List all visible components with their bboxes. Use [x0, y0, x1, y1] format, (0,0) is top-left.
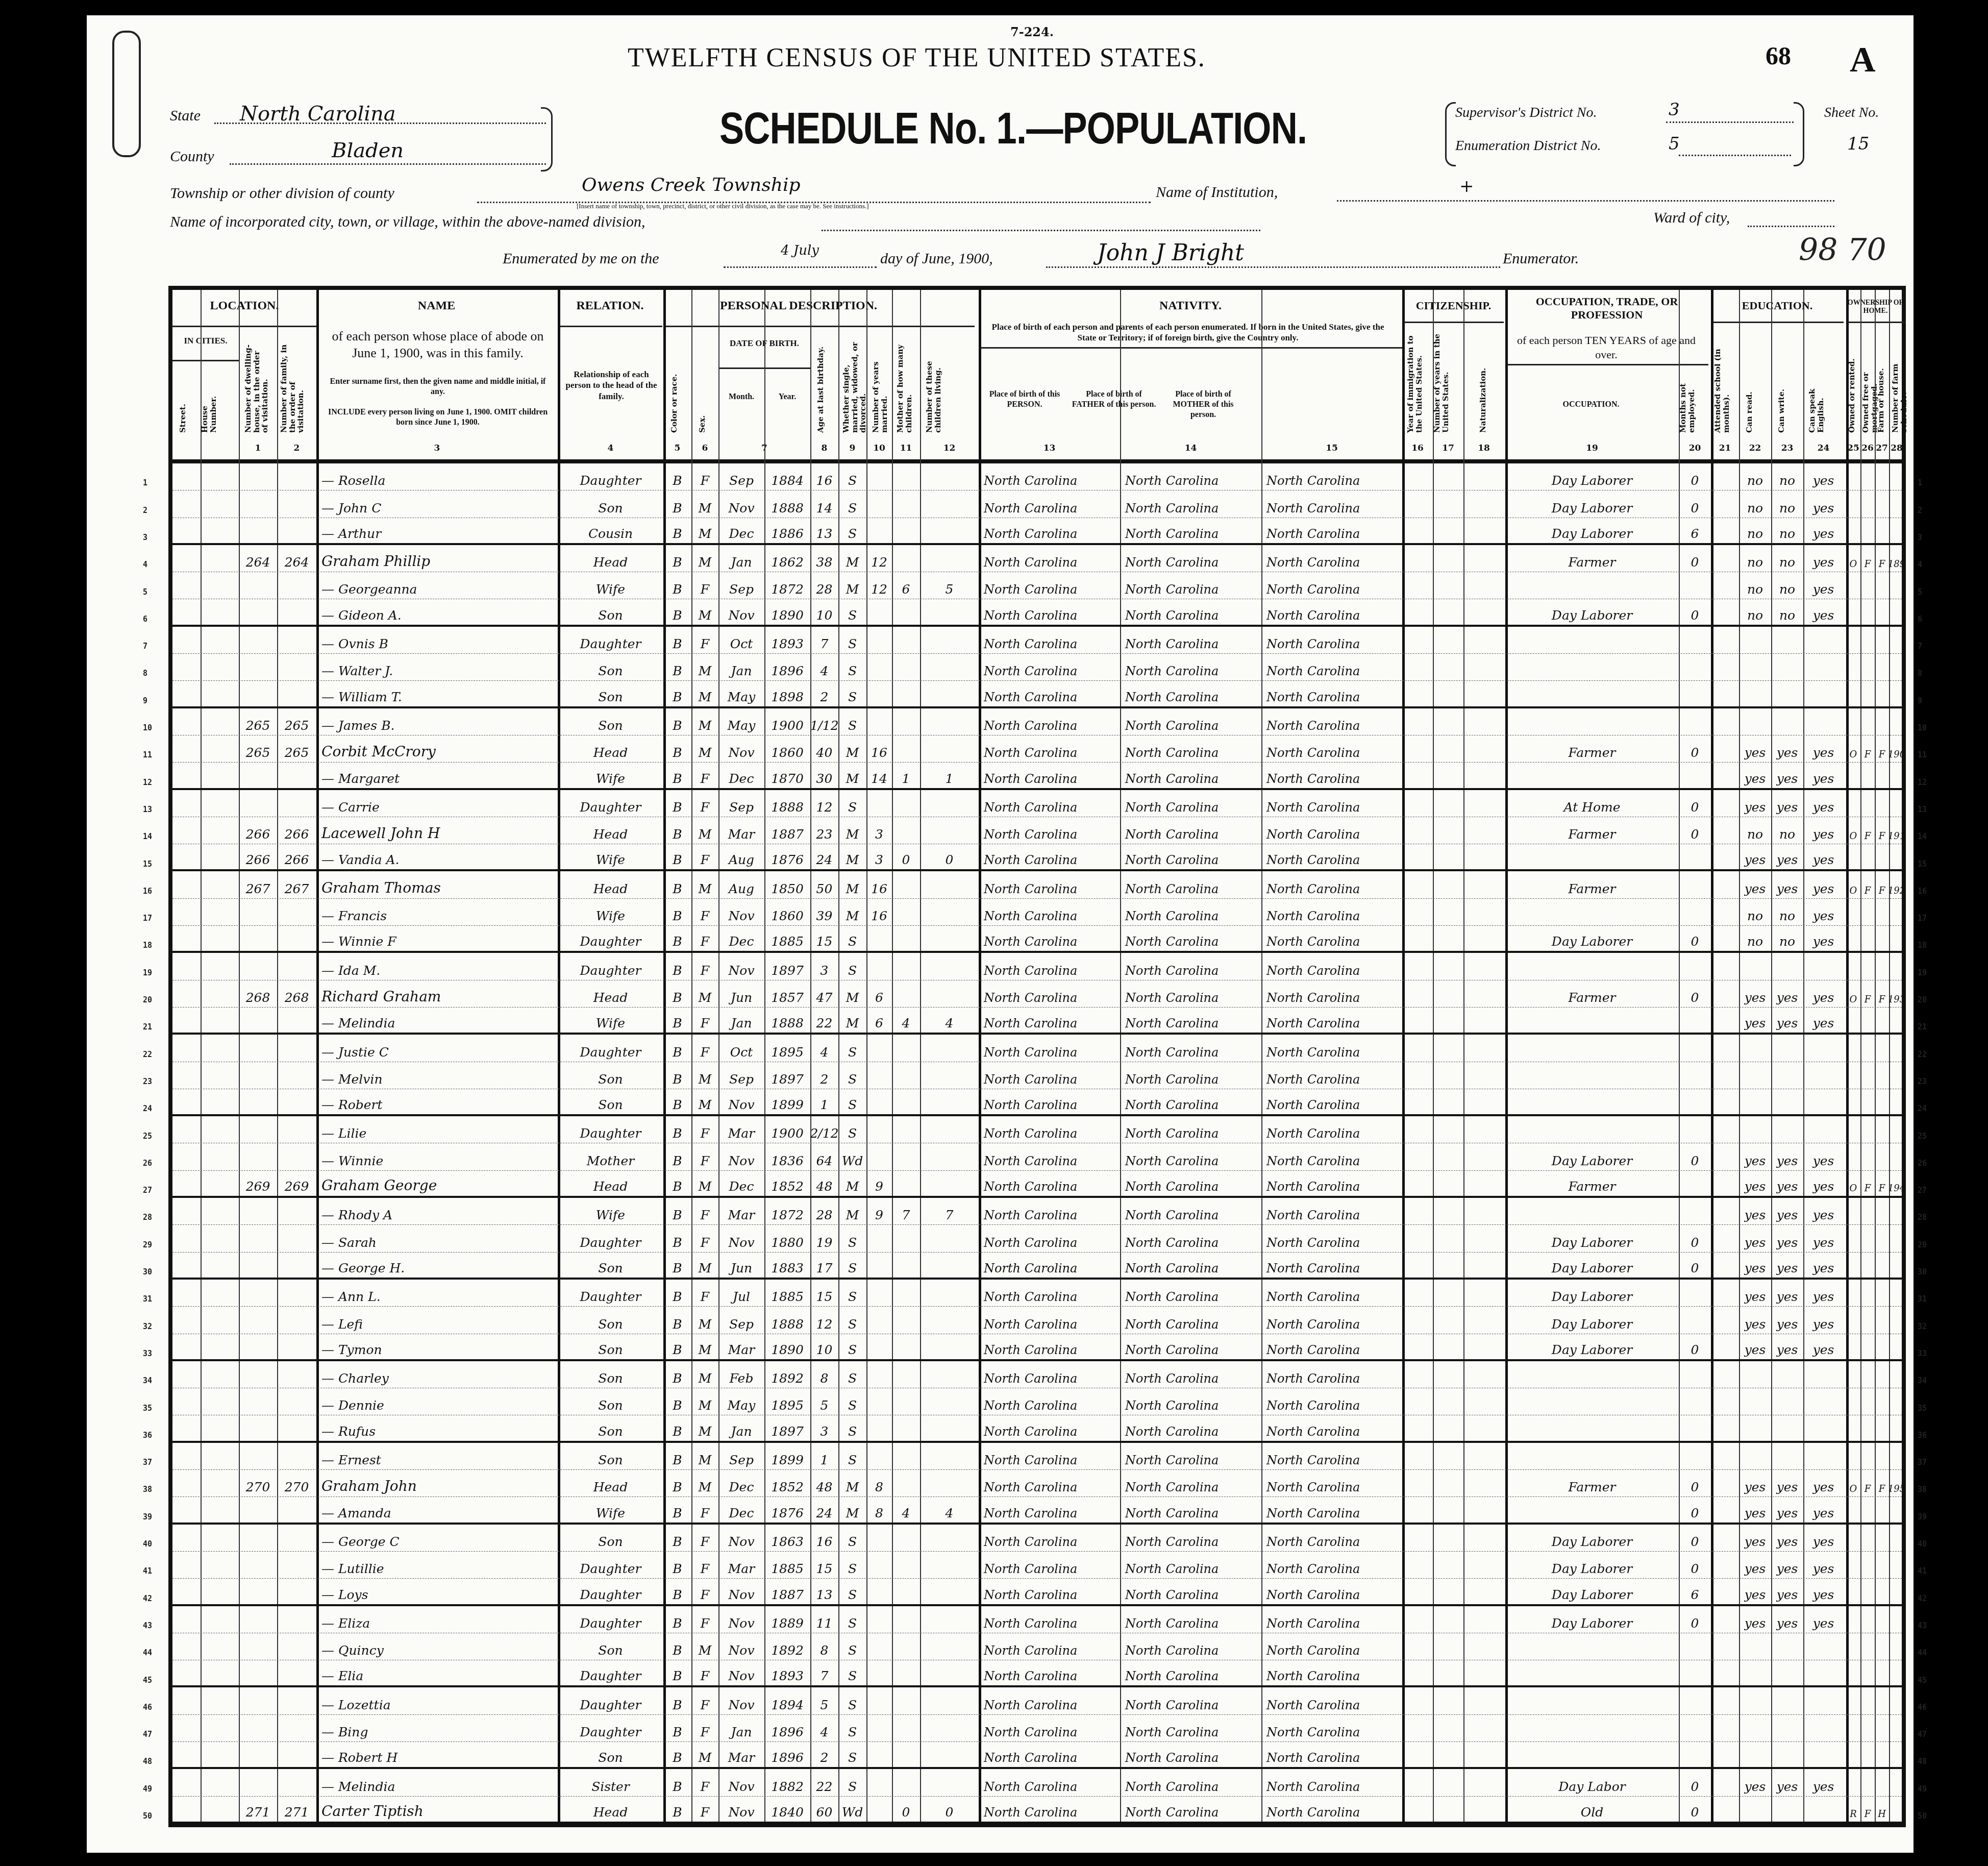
cell-year: 1872: [764, 1198, 810, 1224]
cell-fam: [277, 926, 316, 951]
cell-color: B: [663, 1797, 691, 1822]
cell-fam: 265: [277, 735, 316, 762]
cell-occ: [1505, 763, 1679, 788]
cell-age: 15: [810, 926, 838, 951]
cell-name: — Robert: [316, 1089, 558, 1114]
cell-read: yes: [1739, 1552, 1771, 1578]
cell-write: yes: [1771, 1225, 1803, 1251]
cell-own: [1846, 572, 1860, 599]
cell-fs: [1889, 627, 1904, 653]
cell-bf: North Carolina: [1120, 1253, 1261, 1278]
cell-mar: S: [838, 1035, 866, 1061]
cell-cl: [920, 1280, 979, 1306]
cell-bm: North Carolina: [1261, 1334, 1402, 1359]
cell-color: B: [663, 627, 691, 653]
cell-name: — Ida M.: [316, 953, 558, 979]
cell-mc: 1: [892, 763, 920, 788]
cell-bm: North Carolina: [1261, 1307, 1402, 1333]
line-number-left: 35: [143, 1404, 152, 1413]
cell-name: — Melindia: [316, 1008, 558, 1033]
cell-name: — Ann L.: [316, 1280, 558, 1306]
cell-speak: yes: [1803, 1171, 1844, 1196]
cell-own: [1846, 681, 1860, 706]
cell-cl: [920, 1144, 979, 1170]
cell-sex: F: [691, 1660, 718, 1685]
cell-fam: [277, 899, 316, 925]
cell-name: Corbit McCrory: [316, 735, 558, 762]
cell-fam: 266: [277, 844, 316, 869]
cell-fs: [1889, 1552, 1904, 1578]
column-number: 21: [1711, 443, 1739, 453]
cell-fm: [1860, 1688, 1875, 1714]
table-row: 270270Graham JohnHeadBMDec185248M8North …: [172, 1470, 1902, 1497]
enumerated-prefix: Enumerated by me on the: [503, 250, 659, 267]
cell-dw: [239, 1497, 277, 1522]
cell-occ: Day Laborer: [1505, 1280, 1679, 1306]
cell-bp: North Carolina: [979, 1742, 1120, 1767]
cell-ym: 16: [866, 872, 892, 898]
cell-fs: [1889, 1253, 1904, 1278]
cell-fs: 193: [1889, 980, 1904, 1007]
cell-own: [1846, 1116, 1860, 1143]
cell-bm: North Carolina: [1261, 1470, 1402, 1496]
cell-read: [1739, 1660, 1771, 1685]
cell-month: Jan: [718, 1008, 764, 1033]
cell-ym: [866, 654, 892, 680]
cell-fm: F: [1860, 1171, 1875, 1196]
cell-speak: yes: [1803, 1334, 1844, 1359]
cell-year: 1870: [764, 763, 810, 788]
cell-mu: [1679, 1715, 1711, 1741]
cell-write: [1771, 953, 1803, 979]
cell-month: Jan: [718, 654, 764, 680]
cell-color: B: [663, 1008, 691, 1033]
cell-fam: 268: [277, 980, 316, 1007]
cell-read: [1739, 1797, 1771, 1822]
line-number-right: 3: [1918, 533, 1922, 542]
cell-fam: [277, 1633, 316, 1660]
cell-fam: [277, 518, 316, 543]
cell-rel: Son: [558, 1416, 663, 1441]
cell-own: [1846, 1198, 1860, 1224]
cell-fs: [1889, 953, 1904, 979]
cell-fs: 192: [1889, 872, 1904, 898]
cell-rel: Son: [558, 681, 663, 706]
cell-age: 16: [810, 463, 838, 490]
cell-cl: [920, 1062, 979, 1089]
cell-month: Dec: [718, 1171, 764, 1196]
cell-own: O: [1846, 545, 1860, 572]
cell-fm: [1860, 844, 1875, 869]
cell-rel: Wife: [558, 899, 663, 925]
cell-mu: [1679, 1361, 1711, 1388]
cell-write: [1771, 1416, 1803, 1441]
line-number-left: 42: [143, 1594, 152, 1603]
cell-rel: Daughter: [558, 953, 663, 979]
cell-write: [1771, 1688, 1803, 1714]
cell-bf: North Carolina: [1120, 1633, 1261, 1660]
cell-ym: [866, 1552, 892, 1578]
cell-fs: [1889, 1035, 1904, 1061]
cell-fm: [1860, 926, 1875, 951]
column-number: 19: [1505, 443, 1679, 453]
cell-dw: 269: [239, 1171, 277, 1196]
cell-mar: Wd: [838, 1797, 866, 1822]
cell-dw: [239, 790, 277, 817]
cell-own: [1846, 463, 1860, 490]
cell-bf: North Carolina: [1120, 872, 1261, 898]
cell-speak: yes: [1803, 545, 1844, 572]
cell-own: [1846, 1280, 1860, 1306]
divider: [558, 326, 662, 327]
institution-line: [1337, 200, 1834, 202]
cell-bp: North Carolina: [979, 1334, 1120, 1359]
cell-name: Graham Thomas: [316, 872, 558, 898]
column-number: 3: [316, 443, 558, 453]
table-row: — Ida M.DaughterBFNov18973SNorth Carolin…: [172, 953, 1902, 980]
line-number-left: 48: [143, 1757, 152, 1766]
cell-read: yes: [1739, 790, 1771, 817]
cell-month: Nov: [718, 1579, 764, 1604]
cell-dw: 264: [239, 545, 277, 572]
cell-color: B: [663, 926, 691, 951]
cell-own: [1846, 844, 1860, 869]
cell-fh: [1875, 790, 1889, 817]
cell-age: 13: [810, 1579, 838, 1604]
cell-fs: 194: [1889, 1171, 1904, 1196]
cell-write: yes: [1771, 1552, 1803, 1578]
cell-year: 1899: [764, 1443, 810, 1469]
cell-fm: [1860, 1497, 1875, 1522]
cell-rel: Head: [558, 1797, 663, 1822]
cell-read: yes: [1739, 1470, 1771, 1496]
cell-year: 1882: [764, 1769, 810, 1796]
cell-sex: M: [691, 545, 718, 572]
cell-month: Nov: [718, 953, 764, 979]
cell-color: B: [663, 1388, 691, 1415]
column-number: 14: [1120, 443, 1261, 453]
cell-mar: S: [838, 681, 866, 706]
cell-bf: North Carolina: [1120, 681, 1261, 706]
cell-bm: North Carolina: [1261, 1144, 1402, 1170]
cell-fm: [1860, 654, 1875, 680]
cell-mu: 0: [1679, 600, 1711, 625]
cell-own: [1846, 1525, 1860, 1551]
cell-write: [1771, 1062, 1803, 1089]
cell-mu: 0: [1679, 817, 1711, 844]
cell-mar: M: [838, 763, 866, 788]
cell-age: 23: [810, 817, 838, 844]
cell-dw: [239, 1225, 277, 1251]
group-nativity: NATIVITY.: [979, 299, 1402, 313]
line-number-left: 28: [143, 1213, 152, 1222]
cell-occ: [1505, 1116, 1679, 1143]
township-note: [Insert name of township, town, precinct…: [577, 202, 869, 210]
cell-own: [1846, 1035, 1860, 1061]
cell-mar: S: [838, 518, 866, 543]
cell-sex: F: [691, 953, 718, 979]
cell-fh: [1875, 1334, 1889, 1359]
cell-fh: [1875, 1307, 1889, 1333]
cell-write: no: [1771, 572, 1803, 599]
col-mother-of: Mother of how many children.: [896, 331, 916, 433]
cell-read: yes: [1739, 1171, 1771, 1196]
cell-fs: [1889, 1198, 1904, 1224]
cell-bm: North Carolina: [1261, 1198, 1402, 1224]
cell-mar: S: [838, 1361, 866, 1388]
cell-occ: Farmer: [1505, 1470, 1679, 1496]
line-number-right: 25: [1918, 1132, 1927, 1141]
cell-sex: F: [691, 1525, 718, 1551]
cell-mu: 0: [1679, 490, 1711, 517]
cell-mu: [1679, 1035, 1711, 1061]
cell-dw: [239, 1660, 277, 1685]
cell-own: [1846, 1742, 1860, 1767]
cell-sex: F: [691, 1198, 718, 1224]
cell-fam: 264: [277, 545, 316, 572]
cell-fm: [1860, 681, 1875, 706]
cell-write: [1771, 1089, 1803, 1114]
cell-fm: [1860, 1280, 1875, 1306]
cell-rel: Son: [558, 654, 663, 680]
cell-fam: [277, 1198, 316, 1224]
county-value: Bladen: [332, 139, 404, 162]
cell-bf: North Carolina: [1120, 1416, 1261, 1441]
cell-bm: North Carolina: [1261, 572, 1402, 599]
col-farm-house: Farm or house.: [1877, 361, 1885, 433]
cell-mu: [1679, 1633, 1711, 1660]
line-number-left: 25: [143, 1132, 152, 1141]
cell-color: B: [663, 763, 691, 788]
cell-read: [1739, 1361, 1771, 1388]
cell-speak: yes: [1803, 790, 1844, 817]
district-bracket-left: [1445, 102, 1456, 166]
cell-fh: [1875, 899, 1889, 925]
cell-bm: North Carolina: [1261, 600, 1402, 625]
cell-fs: [1889, 1525, 1904, 1551]
cell-bm: North Carolina: [1261, 1715, 1402, 1741]
cell-mc: [892, 1443, 920, 1469]
cell-mc: [892, 1388, 920, 1415]
cell-speak: [1803, 1797, 1844, 1822]
cell-occ: [1505, 1062, 1679, 1089]
cell-read: yes: [1739, 1334, 1771, 1359]
line-number-right: 39: [1918, 1512, 1927, 1521]
cell-fam: [277, 1144, 316, 1170]
cell-cl: [920, 790, 979, 817]
cell-age: 30: [810, 763, 838, 788]
cell-own: [1846, 1144, 1860, 1170]
cell-sex: M: [691, 735, 718, 762]
cell-mu: [1679, 1742, 1711, 1767]
cell-fm: [1860, 627, 1875, 653]
cell-name: — Lozettia: [316, 1688, 558, 1714]
cell-mc: [892, 980, 920, 1007]
cell-age: 3: [810, 1416, 838, 1441]
cell-year: 1888: [764, 490, 810, 517]
cell-own: [1846, 1579, 1860, 1604]
cell-color: B: [663, 1198, 691, 1224]
cell-occ: [1505, 681, 1679, 706]
cell-fs: [1889, 926, 1904, 951]
cell-rel: Daughter: [558, 1579, 663, 1604]
cell-rel: Mother: [558, 1144, 663, 1170]
cell-fh: [1875, 1552, 1889, 1578]
cell-fam: [277, 1062, 316, 1089]
cell-mar: S: [838, 490, 866, 517]
cell-write: yes: [1771, 1769, 1803, 1796]
cell-mu: 0: [1679, 790, 1711, 817]
group-citizenship: CITIZENSHIP.: [1403, 299, 1504, 312]
cell-bf: North Carolina: [1120, 1525, 1261, 1551]
cell-bp: North Carolina: [979, 1253, 1120, 1278]
cell-fh: [1875, 1606, 1889, 1633]
cell-mar: S: [838, 1062, 866, 1089]
cell-sex: M: [691, 1470, 718, 1496]
cell-bp: North Carolina: [979, 1497, 1120, 1522]
cell-cl: [920, 1688, 979, 1714]
cell-mu: 0: [1679, 926, 1711, 951]
cell-own: [1846, 1769, 1860, 1796]
table-row: — Ann L.DaughterBFJul188515SNorth Caroli…: [172, 1280, 1902, 1307]
cell-name: — Gideon A.: [316, 600, 558, 625]
cell-rel: Daughter: [558, 627, 663, 653]
cell-mu: 0: [1679, 1552, 1711, 1578]
cell-occ: [1505, 1361, 1679, 1388]
cell-color: B: [663, 572, 691, 599]
cell-sex: M: [691, 1334, 718, 1359]
cell-mc: [892, 600, 920, 625]
cell-bm: North Carolina: [1261, 1742, 1402, 1767]
cell-color: B: [663, 1579, 691, 1604]
cell-speak: [1803, 953, 1844, 979]
cell-dw: [239, 654, 277, 680]
cell-bp: North Carolina: [979, 1116, 1120, 1143]
cell-cl: 0: [920, 1797, 979, 1822]
city-line: [822, 230, 1260, 231]
cell-fam: [277, 1688, 316, 1714]
table-row: — LoysDaughterBFNov188713SNorth Carolina…: [172, 1579, 1902, 1606]
cell-fm: [1860, 1715, 1875, 1741]
cell-bf: North Carolina: [1120, 1116, 1261, 1143]
cell-month: Nov: [718, 490, 764, 517]
line-number-left: 29: [143, 1240, 152, 1249]
cell-bf: North Carolina: [1120, 600, 1261, 625]
table-row: — Robert HSonBMMar18962SNorth CarolinaNo…: [172, 1742, 1902, 1769]
cell-write: yes: [1771, 1144, 1803, 1170]
cell-dw: [239, 1769, 277, 1796]
cell-own: [1846, 1497, 1860, 1522]
column-number: 5: [663, 443, 691, 453]
cell-month: Sep: [718, 1443, 764, 1469]
cell-cl: [920, 518, 979, 543]
line-number-left: 30: [143, 1267, 152, 1276]
cell-fm: [1860, 1062, 1875, 1089]
cell-own: O: [1846, 735, 1860, 762]
cell-read: yes: [1739, 1198, 1771, 1224]
cell-mar: Wd: [838, 1144, 866, 1170]
cell-fam: [277, 1116, 316, 1143]
cell-rel: Wife: [558, 1497, 663, 1522]
cell-mc: [892, 1470, 920, 1496]
cell-cl: [920, 1443, 979, 1469]
line-number-right: 2: [1918, 506, 1922, 515]
cell-fs: [1889, 572, 1904, 599]
cell-fh: [1875, 708, 1889, 735]
cell-year: 1885: [764, 926, 810, 951]
cell-month: Nov: [718, 1144, 764, 1170]
cell-year: 1892: [764, 1633, 810, 1660]
cell-dw: [239, 953, 277, 979]
name-instruction-1: Enter surname first, then the given name…: [326, 377, 550, 397]
table-row: — DennieSonBMMay18955SNorth CarolinaNort…: [172, 1388, 1902, 1415]
cell-ym: 8: [866, 1497, 892, 1522]
cell-speak: [1803, 681, 1844, 706]
cell-name: — Ovnis B: [316, 627, 558, 653]
cell-bf: North Carolina: [1120, 545, 1261, 572]
cell-mar: S: [838, 463, 866, 490]
table-row: — MelindiaSisterBFNov188222SNorth Caroli…: [172, 1769, 1902, 1796]
divider: [1505, 364, 1708, 365]
cell-fam: [277, 1552, 316, 1578]
cell-dw: [239, 1443, 277, 1469]
cell-cl: [920, 1361, 979, 1388]
line-number-left: 18: [143, 941, 152, 950]
cell-mu: 0: [1679, 1606, 1711, 1633]
cell-mu: 0: [1679, 980, 1711, 1007]
cell-read: [1739, 1443, 1771, 1469]
cell-own: [1846, 1089, 1860, 1114]
cell-age: 1/12: [810, 708, 838, 735]
cell-mar: S: [838, 1525, 866, 1551]
cell-read: [1739, 681, 1771, 706]
cell-mu: 6: [1679, 1579, 1711, 1604]
cell-bp: North Carolina: [979, 844, 1120, 869]
cell-fh: [1875, 1035, 1889, 1061]
cell-fs: [1889, 1443, 1904, 1469]
cell-age: 2: [810, 1742, 838, 1767]
cell-ym: [866, 1660, 892, 1685]
cell-bm: North Carolina: [1261, 844, 1402, 869]
cell-ym: [866, 463, 892, 490]
cell-age: 60: [810, 1797, 838, 1822]
cell-fm: [1860, 1416, 1875, 1441]
population-table: LOCATION. IN CITIES. NAME of each person…: [168, 286, 1906, 1827]
line-number-right: 35: [1918, 1404, 1927, 1413]
cell-mc: [892, 1280, 920, 1306]
cell-speak: yes: [1803, 1769, 1844, 1796]
cell-name: — George C: [316, 1525, 558, 1551]
occupation-description: of each person TEN YEARS of age and over…: [1509, 333, 1703, 361]
state-value: North Carolina: [240, 102, 396, 126]
cell-mu: [1679, 654, 1711, 680]
cell-occ: [1505, 953, 1679, 979]
cell-color: B: [663, 1062, 691, 1089]
table-row: — FrancisWifeBFNov186039M16North Carolin…: [172, 899, 1902, 926]
divider: [663, 326, 975, 327]
cell-write: [1771, 1116, 1803, 1143]
supervisor-district-value: 3: [1669, 100, 1680, 120]
form-number: 7-224.: [1010, 24, 1054, 39]
cell-dw: [239, 1688, 277, 1714]
cell-cl: [920, 1253, 979, 1278]
cell-sex: M: [691, 1388, 718, 1415]
cell-write: no: [1771, 899, 1803, 925]
cell-cl: [920, 708, 979, 735]
cell-bp: North Carolina: [979, 1443, 1120, 1469]
cell-bp: North Carolina: [979, 681, 1120, 706]
cell-fm: F: [1860, 1470, 1875, 1496]
